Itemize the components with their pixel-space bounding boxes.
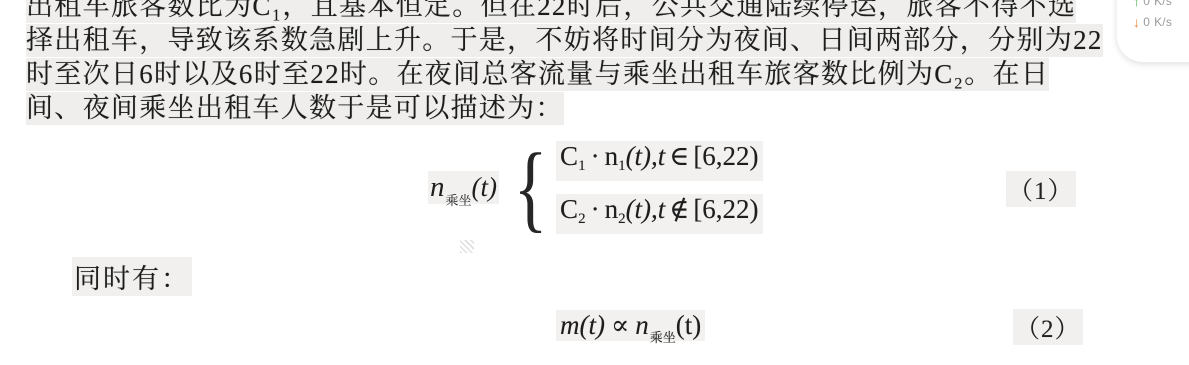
case2-func-arg: (t), xyxy=(626,194,658,224)
equation-1-lhs: n 乘坐 (t) xyxy=(428,171,499,204)
eq2-rhs-base: n xyxy=(635,310,649,340)
case2-dot: · xyxy=(586,194,605,224)
upload-arrow-icon: ↑ xyxy=(1133,0,1140,8)
case1-coef: C xyxy=(560,141,578,171)
element-of-symbol: ∈ xyxy=(665,141,693,171)
upload-speed-row: ↑ 0 K/s xyxy=(1133,0,1189,9)
case-row-night: C2·n2(t),t∉[6,22) xyxy=(556,194,763,234)
eq2-rhs-subscript: 乘坐 xyxy=(650,330,676,345)
upload-speed-value: 0 xyxy=(1143,0,1150,8)
case2-func-sub: 2 xyxy=(618,211,626,227)
eq1-lhs-argument: (t) xyxy=(472,172,497,203)
scan-artifact xyxy=(460,240,474,253)
download-arrow-icon: ↓ xyxy=(1133,15,1140,29)
case2-coef: C xyxy=(560,194,578,224)
text-line-4: 间、夜间乘坐出租车人数于是可以描述为： xyxy=(26,92,564,125)
paragraph: 出租车旅客数比为C₁，且基本恒定。但在22时后，公共交通陆续停运，旅客不得不选 … xyxy=(26,0,1106,126)
equation-2-number: （2） xyxy=(1013,309,1083,345)
cases-brace: { xyxy=(514,144,548,232)
download-speed-row: ↓ 0 K/s xyxy=(1133,13,1189,30)
equation-1-number: （1） xyxy=(1006,171,1076,207)
eq2-lhs-base: m xyxy=(560,310,580,340)
case1-func: n xyxy=(605,141,619,171)
text-line-1: 出租车旅客数比为C₁，且基本恒定。但在22时后，公共交通陆续停运，旅客不得不选 xyxy=(26,0,1076,23)
case1-coef-sub: 1 xyxy=(578,158,586,174)
equation-2: m(t)∝n乘坐(t) xyxy=(556,310,705,341)
eq2-rhs-argument: (t) xyxy=(676,310,701,340)
eq1-lhs-subscript: 乘坐 xyxy=(446,190,472,209)
network-speed-widget[interactable]: ↑ 0 K/s ↓ 0 K/s xyxy=(1117,0,1189,62)
between-text: 同时有： xyxy=(72,257,192,296)
download-speed-unit: K/s xyxy=(1154,15,1172,29)
case2-coef-sub: 2 xyxy=(578,211,586,227)
not-element-of-symbol: ∉ xyxy=(665,194,693,224)
equation-1-cases: C1·n1(t),t∈[6,22) C2·n2(t),t∉[6,22) xyxy=(556,141,763,234)
case1-func-arg: (t), xyxy=(626,141,658,171)
case1-interval: [6,22) xyxy=(693,141,758,171)
proportional-to-symbol: ∝ xyxy=(605,310,635,340)
upload-speed-unit: K/s xyxy=(1154,0,1172,8)
case1-func-sub: 1 xyxy=(618,158,626,174)
text-line-2: 择出租车，导致该系数急剧上升。于是，不妨将时间分为夜间、日间两部分，分别为22 xyxy=(26,24,1103,57)
eq1-lhs-base: n xyxy=(430,171,445,204)
text-line-3: 时至次日6时以及6时至22时。在夜间总客流量与乘坐出租车旅客数比例为C₂。在日 xyxy=(26,58,1049,91)
equation-1: n 乘坐 (t) { C1·n1(t),t∈[6,22) C2·n2(t),t∉… xyxy=(428,141,763,234)
case-row-day: C1·n1(t),t∈[6,22) xyxy=(556,141,763,181)
case2-func: n xyxy=(605,194,619,224)
download-speed-value: 0 xyxy=(1143,15,1150,29)
eq2-lhs-argument: (t) xyxy=(580,310,605,340)
case2-interval: [6,22) xyxy=(693,194,758,224)
case1-dot: · xyxy=(586,141,605,171)
document-page: 出租车旅客数比为C₁，且基本恒定。但在22时后，公共交通陆续停运，旅客不得不选 … xyxy=(0,0,1189,365)
